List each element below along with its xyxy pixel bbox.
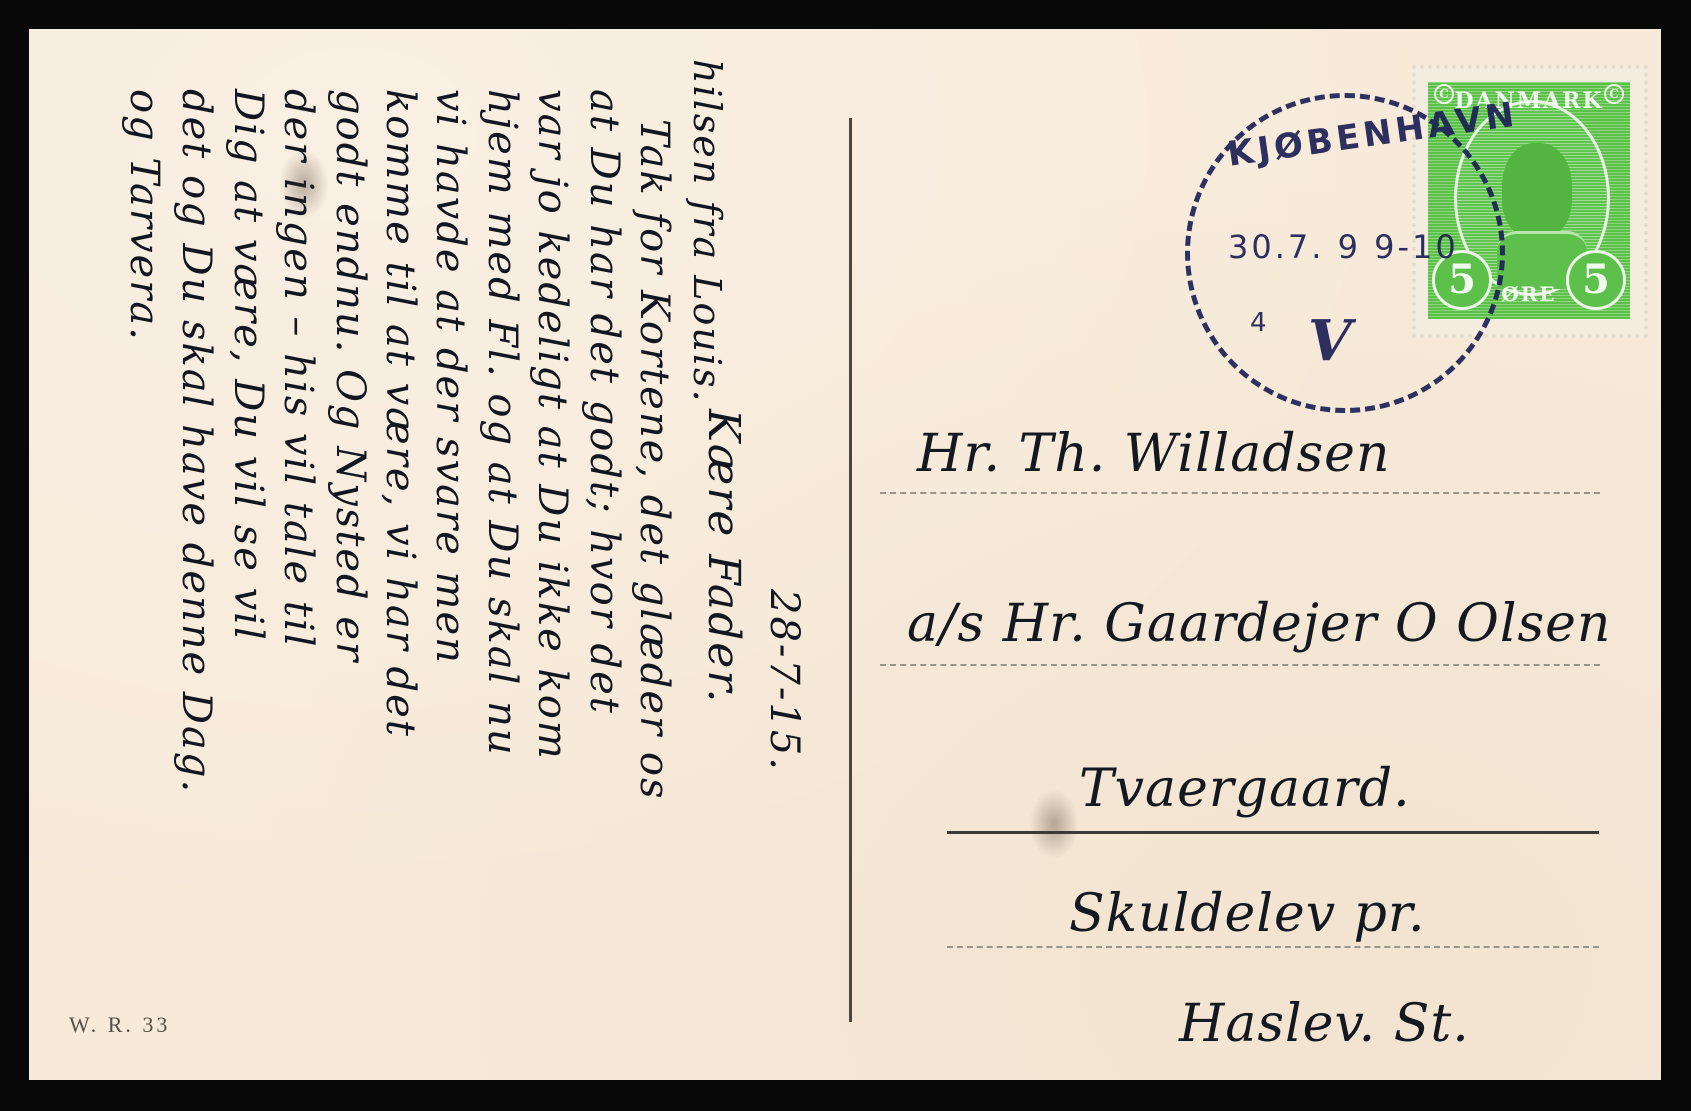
letter-salutation: Kære Fader.	[698, 409, 749, 704]
address-recipient: Hr. Th. Willadsen	[917, 424, 1390, 484]
ink-smudge	[279, 149, 329, 219]
address-line-rule-1	[880, 492, 1600, 494]
ink-smudge	[1029, 789, 1079, 859]
postcard: 28-7-15. Kære Fader. Tak for Kortene, de…	[29, 29, 1661, 1080]
letter-line: det og Du skal have denne Dag.	[173, 89, 219, 794]
letter-line: hjem med Fl. og at Du skal nu	[479, 89, 525, 757]
printer-mark: W. R. 33	[69, 1012, 170, 1038]
letter-line: var jo kedeligt at Du ikke kom	[529, 89, 575, 761]
address-farm: Tvaergaard.	[1079, 759, 1411, 819]
postmark-code: V	[1308, 308, 1351, 374]
letter-line: komme til at være, vi har det	[377, 89, 423, 738]
address-line-rule-3	[947, 831, 1599, 834]
letter-line: Tak for Kortene, det glæder os	[631, 119, 677, 801]
postmark-date: 30.7. 9 9-10	[1228, 228, 1459, 266]
address-post-station: Haslev. St.	[1179, 994, 1470, 1054]
postmark-time: 9 9-10	[1338, 228, 1459, 266]
address-line-rule-2	[880, 664, 1600, 666]
letter-line: Dig at være, Du vil se vil	[225, 89, 271, 642]
postmark-day-month: 30.7.	[1228, 228, 1324, 266]
postmark-cancellation: KJØBENHAVN 30.7. 9 9-10 4 V	[1185, 93, 1505, 413]
king-portrait-icon	[1502, 143, 1572, 238]
address-town: Skuldelev pr.	[1069, 884, 1426, 944]
vertical-divider	[849, 118, 852, 1022]
letter-line: at Du har det godt; hvor det	[581, 89, 627, 715]
letter-line: vi havde at der svare men	[427, 89, 473, 665]
address-care-of: a/s Hr. Gaardejer O Olsen	[907, 594, 1611, 654]
postmark-office-number: 4	[1250, 308, 1267, 338]
letter-line: godt endnu. Og Nysted er	[327, 89, 373, 663]
postmark-city: KJØBENHAVN	[1225, 102, 1475, 225]
letter-date: 28-7-15.	[761, 589, 807, 772]
letter-closing: hilsen fra Louis.	[685, 59, 729, 404]
letter-line: og Tarvera.	[121, 89, 167, 342]
address-line-rule-4	[947, 946, 1599, 948]
